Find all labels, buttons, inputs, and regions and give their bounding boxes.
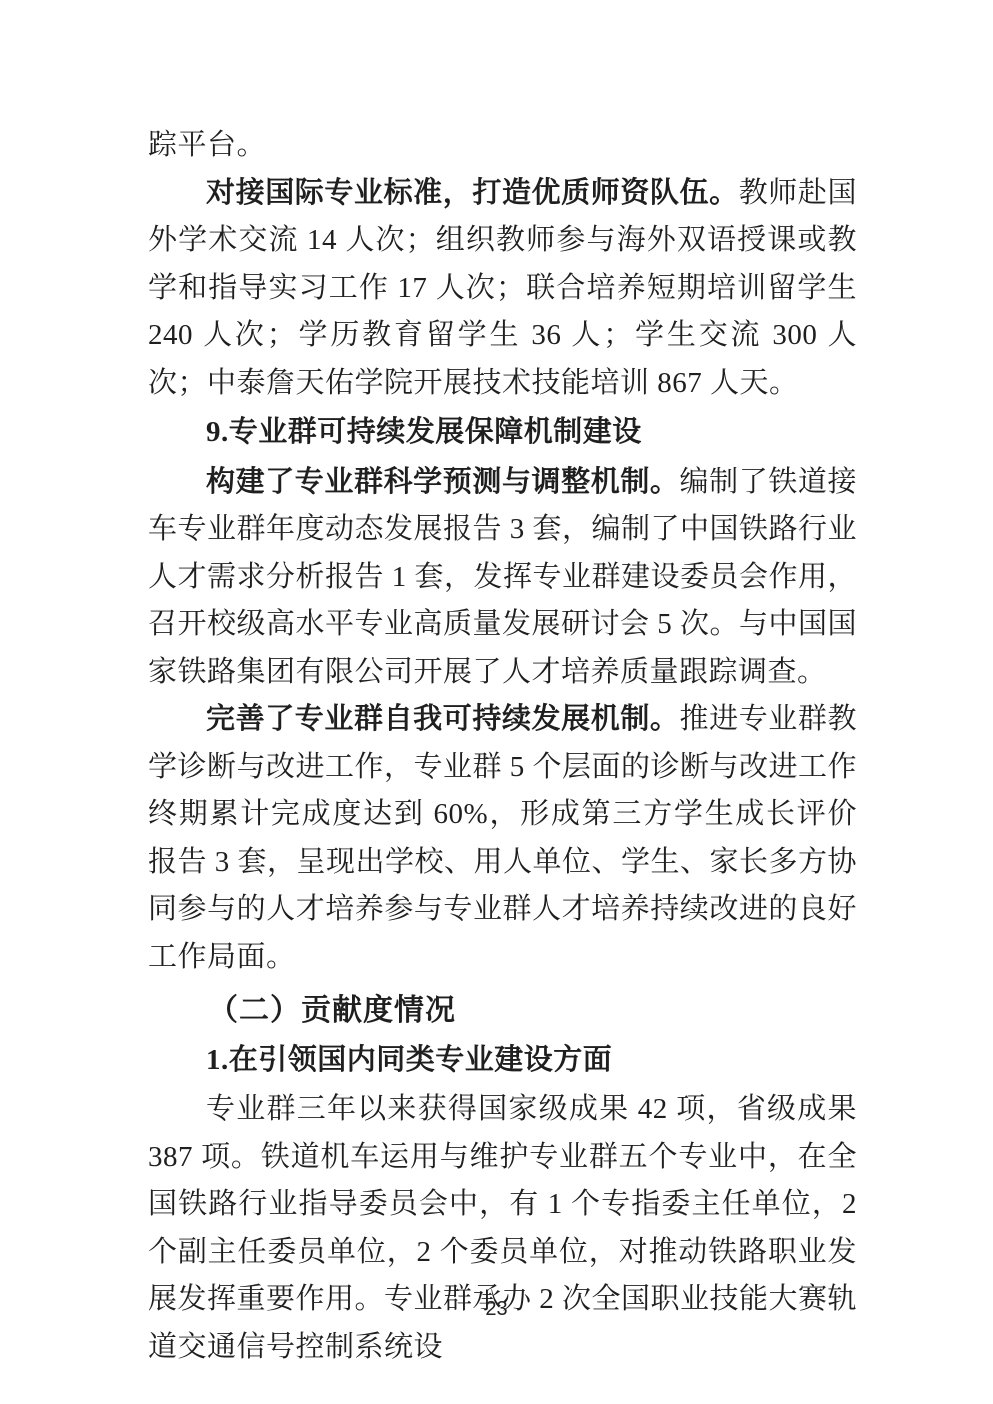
document-body: 踪平台。 对接国际专业标准，打造优质师资队伍。教师赴国外学术交流 14 人次；组… (148, 122, 857, 1371)
page-number: 23 (0, 1298, 993, 1321)
document-page: 踪平台。 对接国际专业标准，打造优质师资队伍。教师赴国外学术交流 14 人次；组… (0, 0, 993, 1404)
heading-section-2-contribution: （二）贡献度情况 (148, 987, 857, 1035)
paragraph-achievements: 专业群三年以来获得国家级成果 42 项，省级成果 387 项。铁道机车运用与维护… (148, 1086, 857, 1371)
paragraph-lead-bold: 构建了专业群科学预测与调整机制。 (206, 466, 680, 498)
paragraph-body-text: 教师赴国外学术交流 14 人次；组织教师参与海外双语授课或教学和指导实习工作 1… (148, 177, 857, 399)
paragraph-international-standards: 对接国际专业标准，打造优质师资队伍。教师赴国外学术交流 14 人次；组织教师参与… (148, 170, 857, 408)
paragraph-self-sustainable-mechanism: 完善了专业群自我可持续发展机制。推进专业群教学诊断与改进工作，专业群 5 个层面… (148, 696, 857, 981)
paragraph-prediction-mechanism: 构建了专业群科学预测与调整机制。编制了铁道接车专业群年度动态发展报告 3 套，编… (148, 459, 857, 697)
heading-1-leading-domestic-majors: 1.在引领国内同类专业建设方面 (148, 1037, 857, 1085)
paragraph-body-text: 编制了铁道接车专业群年度动态发展报告 3 套，编制了中国铁路行业人才需求分析报告… (148, 466, 857, 688)
paragraph-continuation: 踪平台。 (148, 122, 857, 170)
heading-9-sustainable-development: 9.专业群可持续发展保障机制建设 (148, 409, 857, 457)
paragraph-lead-bold: 完善了专业群自我可持续发展机制。 (206, 703, 680, 735)
paragraph-body-text: 推进专业群教学诊断与改进工作，专业群 5 个层面的诊断与改进工作终期累计完成度达… (148, 703, 857, 973)
paragraph-lead-bold: 对接国际专业标准，打造优质师资队伍。 (206, 177, 739, 209)
